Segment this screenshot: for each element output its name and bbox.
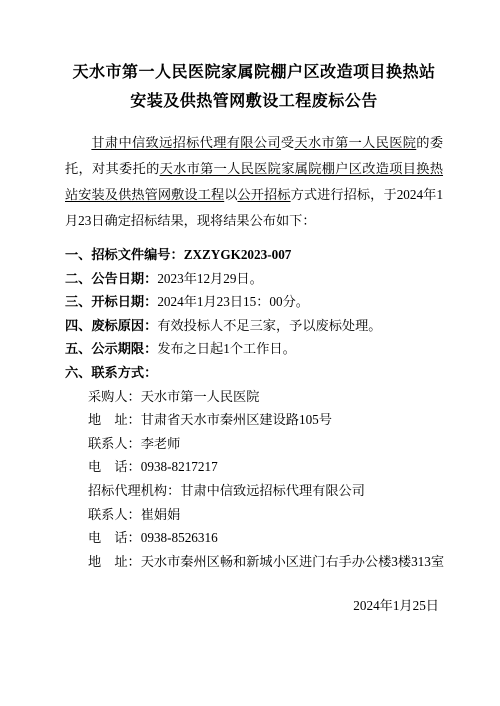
- contact-label: 联系人：: [88, 436, 141, 451]
- bid-method-underlined: 公开招标: [238, 187, 291, 202]
- contact-label: 电 话：: [88, 530, 141, 545]
- document-page: 天水市第一人民医院家属院棚户区改造项目换热站 安装及供热管网敷设工程废标公告 甘…: [0, 0, 500, 706]
- intro-text-1: 受: [281, 135, 295, 150]
- item-value: ZXZYGK2023-007: [184, 247, 292, 262]
- contact-label: 地 址：: [88, 554, 141, 569]
- item-label: 一、招标文件编号：: [65, 247, 184, 262]
- contact-label: 招标代理机构：: [88, 483, 180, 498]
- contact-value: 0938-8217217: [141, 459, 218, 474]
- contact-line-agency-phone: 电 话：0938-8526316: [65, 526, 443, 550]
- list-item-annulment-reason: 四、废标原因：有效投标人不足三家，予以废标处理。: [65, 314, 443, 338]
- intro-text-3: 以: [224, 187, 237, 202]
- item-label: 二、公告日期：: [65, 271, 157, 286]
- contact-line-agency-person: 联系人：崔娟娟: [65, 503, 443, 527]
- contact-label: 联系人：: [88, 507, 141, 522]
- contact-line-purchaser-address: 地 址：甘肃省天水市秦州区建设路105号: [65, 408, 443, 432]
- item-label: 五、公示期限：: [65, 341, 157, 356]
- contact-value: 李老师: [141, 436, 181, 451]
- item-value: 发布之日起1个工作日。: [157, 341, 295, 356]
- contact-line-purchaser-phone: 电 话：0938-8217217: [65, 455, 443, 479]
- item-value: 有效投标人不足三家，予以废标处理。: [157, 318, 381, 333]
- item-label: 三、开标日期：: [65, 294, 157, 309]
- document-title: 天水市第一人民医院家属院棚户区改造项目换热站 安装及供热管网敷设工程废标公告: [65, 58, 443, 116]
- item-label: 六、联系方式：: [65, 365, 157, 380]
- contact-value: 0938-8526316: [141, 530, 218, 545]
- title-line-2: 安装及供热管网敷设工程废标公告: [130, 93, 378, 110]
- contact-label: 电 话：: [88, 459, 141, 474]
- contact-value: 天水市秦州区畅和新城小区进门右手办公楼3楼313室: [141, 554, 444, 569]
- contact-line-agency: 招标代理机构：甘肃中信致远招标代理有限公司: [65, 479, 443, 503]
- item-label: 四、废标原因：: [65, 318, 157, 333]
- contact-value: 天水市第一人民医院: [141, 389, 260, 404]
- item-value: 2024年1月23日15：00分。: [157, 294, 309, 309]
- title-line-1: 天水市第一人民医院家属院棚户区改造项目换热站: [72, 64, 435, 81]
- item-value: 2023年12月29日。: [157, 271, 263, 286]
- agency-name-underlined: 甘肃中信致远招标代理有限公司: [91, 135, 281, 150]
- contact-value: 甘肃中信致远招标代理有限公司: [180, 483, 365, 498]
- list-item-publicity-period: 五、公示期限：发布之日起1个工作日。: [65, 337, 443, 361]
- contact-line-agency-address: 地 址：天水市秦州区畅和新城小区进门右手办公楼3楼313室: [65, 550, 443, 574]
- contact-line-purchaser-person: 联系人：李老师: [65, 432, 443, 456]
- intro-paragraph: 甘肃中信致远招标代理有限公司受天水市第一人民医院的委托，对其委托的天水市第一人民…: [65, 130, 443, 234]
- list-item-announcement-date: 二、公告日期：2023年12月29日。: [65, 267, 443, 291]
- contact-label: 地 址：: [88, 412, 141, 427]
- contact-label: 采购人：: [88, 389, 141, 404]
- list-item-bid-opening-date: 三、开标日期：2024年1月23日15：00分。: [65, 290, 443, 314]
- contact-line-purchaser: 采购人：天水市第一人民医院: [65, 385, 443, 409]
- list-item-contact-info: 六、联系方式：: [65, 361, 443, 385]
- list-item-document-number: 一、招标文件编号：ZXZYGK2023-007: [65, 243, 443, 267]
- contact-value: 崔娟娟: [141, 507, 181, 522]
- contact-value: 甘肃省天水市秦州区建设路105号: [141, 412, 332, 427]
- client-name-underlined: 天水市第一人民医院: [294, 135, 416, 150]
- document-date: 2024年1月25日: [65, 594, 443, 618]
